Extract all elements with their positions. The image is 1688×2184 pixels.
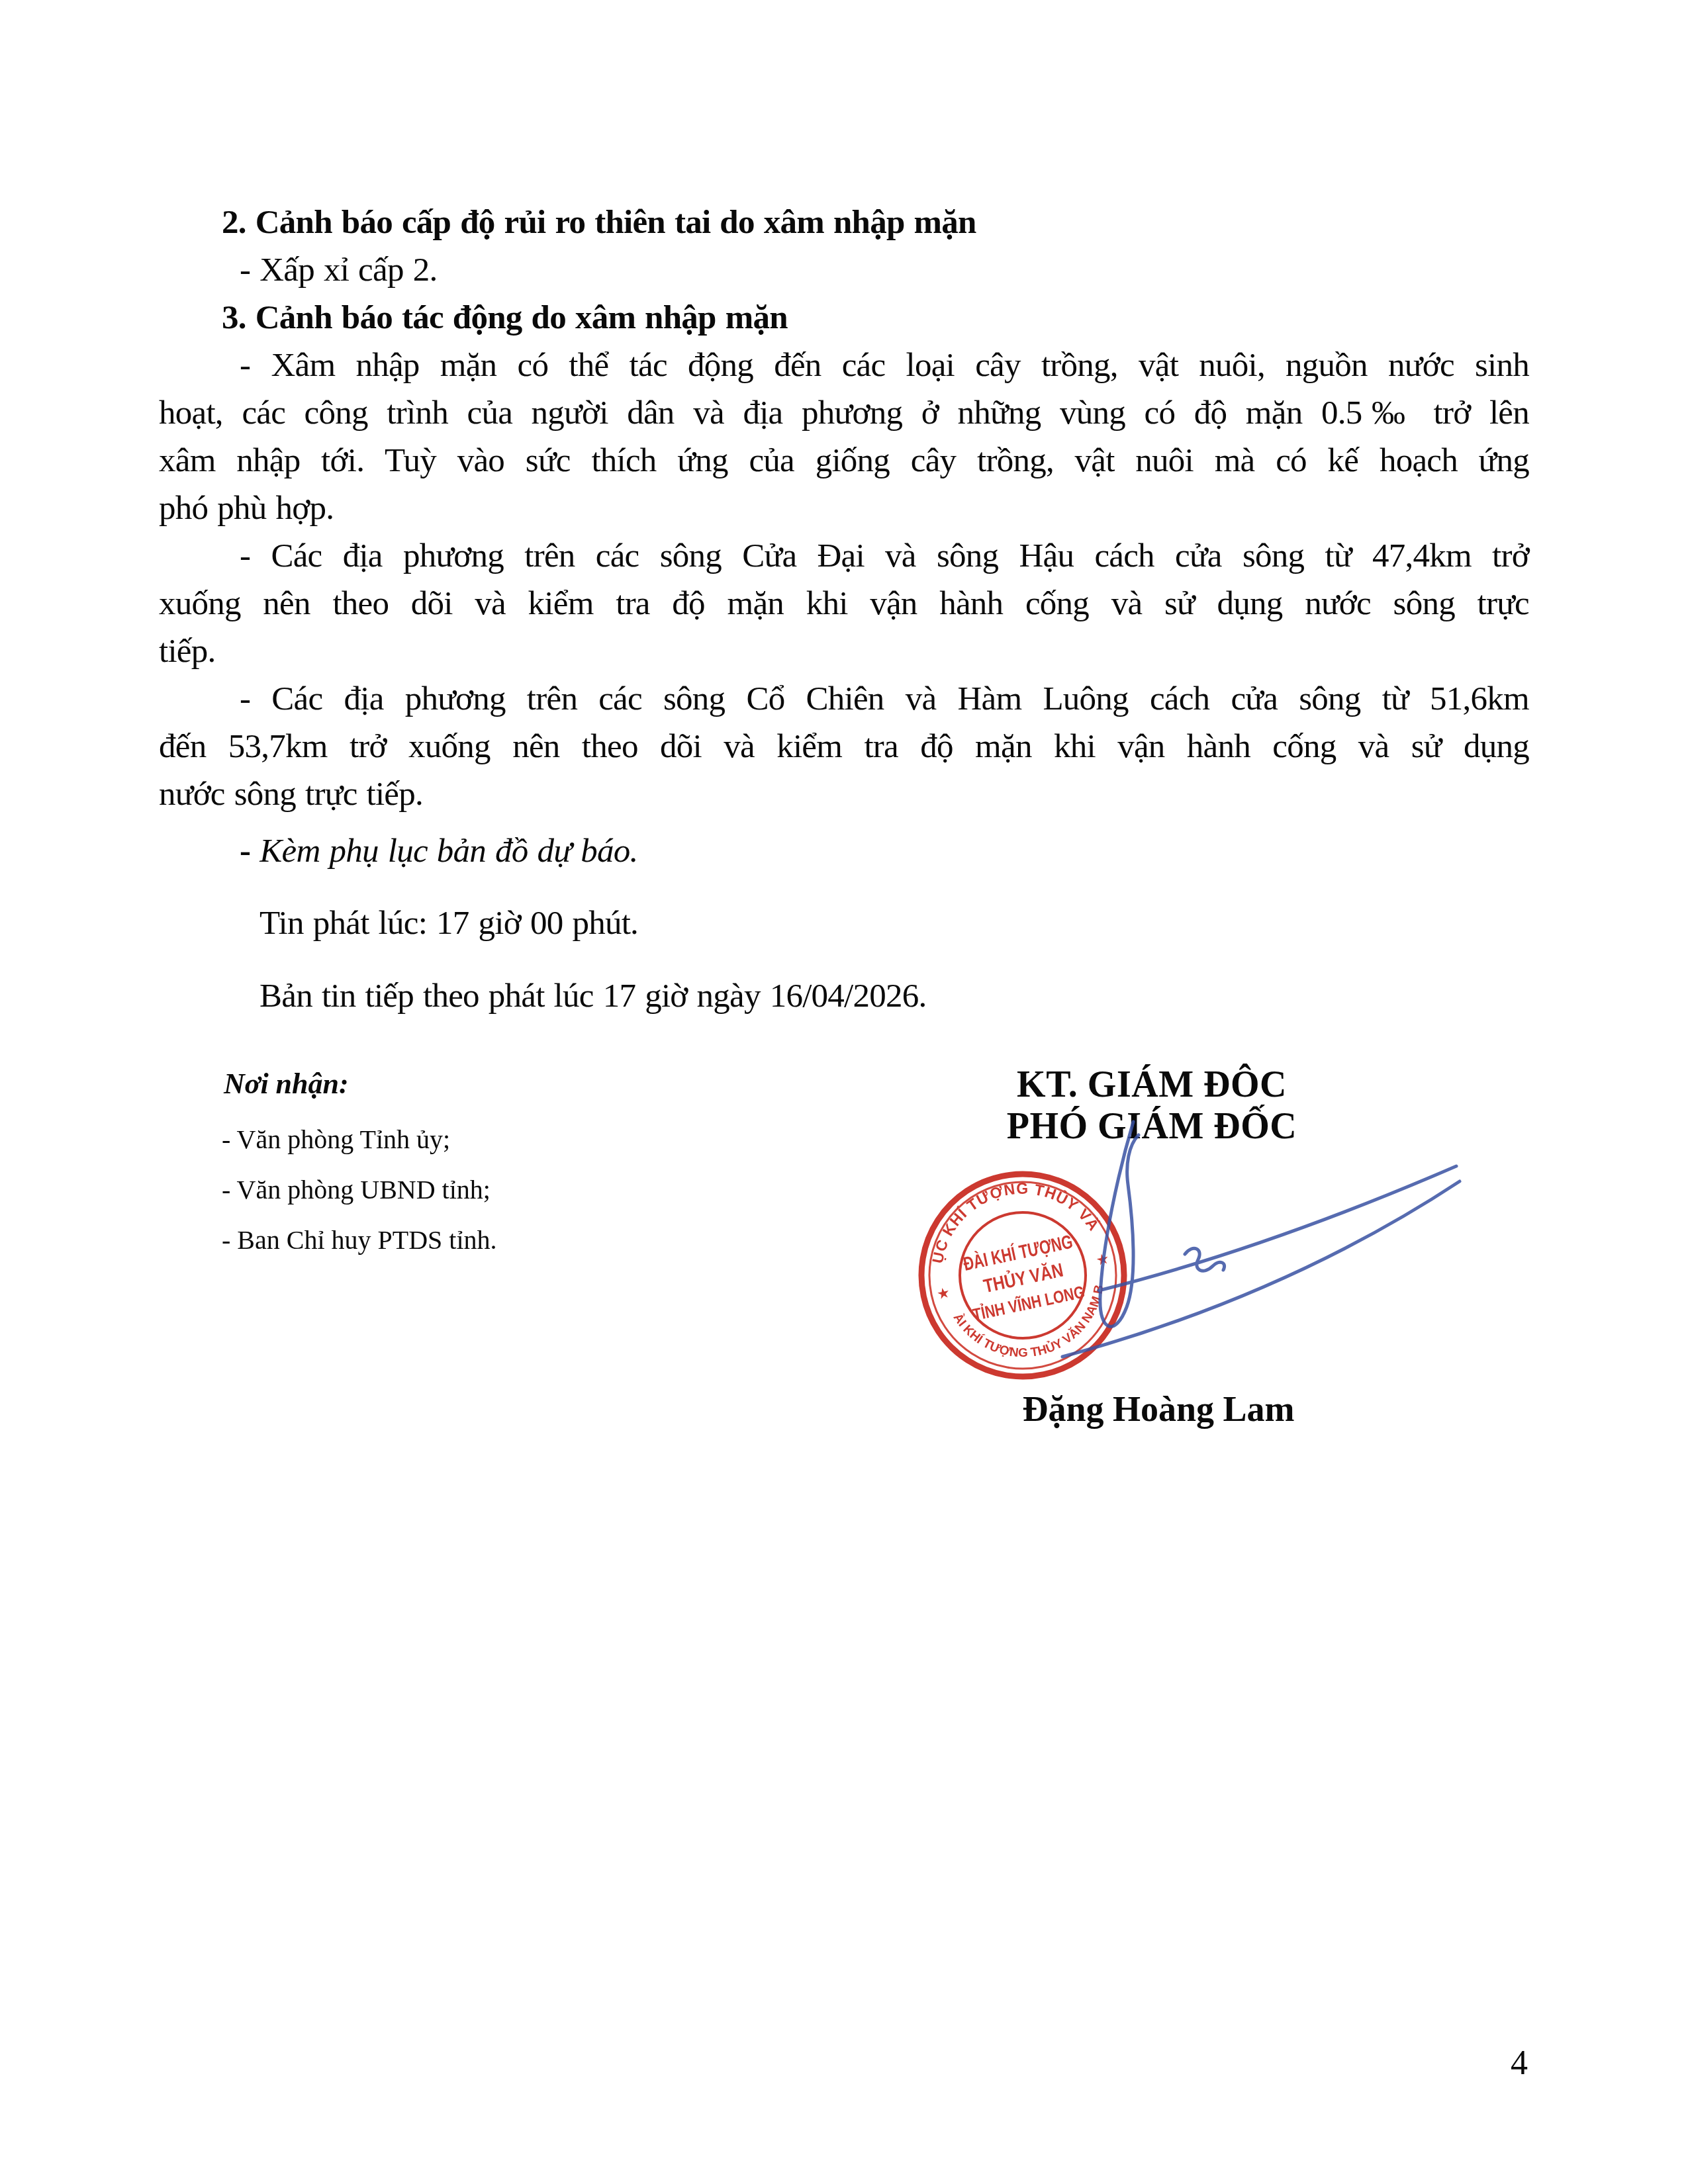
cua-dai-paragraph-line: xuống nên theo dõi và kiểm tra độ mặn kh…	[159, 580, 1529, 627]
impact-paragraph-line: hoạt, các công trình của người dân và đị…	[159, 389, 1529, 437]
cua-dai-paragraph-line: - Các địa phương trên các sông Cửa Đại v…	[159, 532, 1529, 580]
heading-risk-level: 2. Cảnh báo cấp độ rủi ro thiên tai do x…	[159, 199, 1529, 246]
impact-paragraph-line: xâm nhập tới. Tuỳ vào sức thích ứng của …	[159, 437, 1529, 484]
heading-impact: 3. Cảnh báo tác động do xâm nhập mặn	[159, 294, 1529, 341]
attachment-note-text: Kèm phụ lục bản đồ dự báo.	[259, 833, 637, 870]
signer-name: Đặng Hoàng Lam	[953, 1388, 1364, 1430]
impact-paragraph-line: - Xâm nhập mặn có thể tác động đến các l…	[159, 341, 1529, 389]
recipient-item: - Văn phòng Tỉnh ủy;	[222, 1115, 497, 1165]
recipients-label: Nơi nhận:	[224, 1067, 349, 1101]
signature-sweep-lower	[1062, 1181, 1460, 1357]
recipient-item: - Văn phòng UBND tỉnh;	[222, 1165, 497, 1215]
co-chien-paragraph-line: - Các địa phương trên các sông Cổ Chiên …	[159, 675, 1529, 723]
impact-paragraph-line: phó phù hợp.	[159, 484, 1529, 532]
recipients-list: - Văn phòng Tỉnh ủy; - Văn phòng UBND tỉ…	[222, 1115, 497, 1265]
handwritten-signature	[900, 1072, 1470, 1377]
signature-loop-stroke	[1100, 1122, 1139, 1326]
co-chien-paragraph-line: nước sông trực tiếp.	[159, 770, 1529, 818]
attachment-dash: -	[240, 833, 250, 870]
cua-dai-paragraph-line: tiếp.	[159, 627, 1529, 675]
issue-time: Tin phát lúc: 17 giờ 00 phút.	[159, 899, 1529, 947]
risk-level-text: - Xấp xỉ cấp 2.	[159, 246, 1529, 294]
next-bulletin: Bản tin tiếp theo phát lúc 17 giờ ngày 1…	[159, 972, 1529, 1020]
document-body: 2. Cảnh báo cấp độ rủi ro thiên tai do x…	[159, 199, 1529, 1020]
page-number: 4	[1511, 2044, 1528, 2083]
recipient-item: - Ban Chỉ huy PTDS tỉnh.	[222, 1215, 497, 1265]
signature-sweep-upper	[1099, 1166, 1456, 1291]
attachment-note: - Kèm phụ lục bản đồ dự báo.	[159, 827, 1529, 875]
co-chien-paragraph-line: đến 53,7km trở xuống nên theo dõi và kiể…	[159, 723, 1529, 770]
document-page: 2. Cảnh báo cấp độ rủi ro thiên tai do x…	[0, 0, 1688, 2184]
